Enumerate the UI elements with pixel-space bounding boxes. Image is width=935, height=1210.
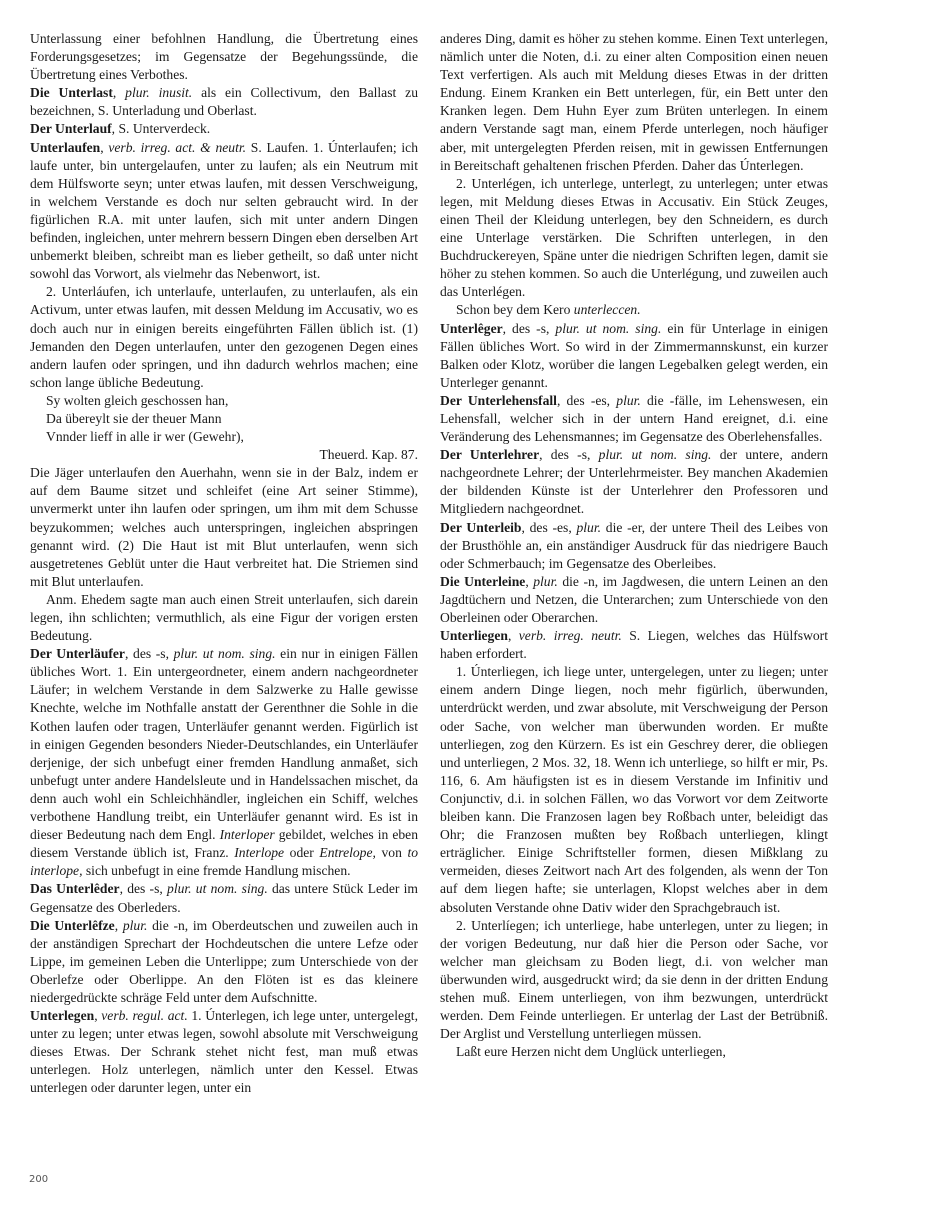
foreign-term: Interloper [220, 827, 275, 842]
definition: S. Laufen. 1. Únterlaufen; ich laufe unt… [30, 140, 418, 282]
verse-line: Sy wolten gleich geschossen han, [30, 392, 418, 410]
grammar-note: plur. ut nom. sing. [174, 646, 276, 661]
entry-unterlaufen: Unterlaufen, verb. irreg. act. & neutr. … [30, 139, 418, 284]
foreign-term: Entrelope, [319, 845, 376, 860]
foreign-term: Interlope [234, 845, 284, 860]
definition: sich unbefugt in eine fremde Handlung mi… [82, 863, 350, 878]
grammar-note: plur. ut nom. sing. [555, 321, 661, 336]
definition: ein nur in einigen Fällen übliches Wort.… [30, 646, 418, 842]
entry-unterlegen: Unterlegen, verb. regul. act. 1. Únterle… [30, 1007, 418, 1097]
foreign-term: unterleccen. [574, 302, 641, 317]
verse-line: Laßt eure Herzen nicht dem Unglück unter… [440, 1043, 828, 1061]
entry-unterlefze: Die Unterlêfze, plur. die -n, im Oberdeu… [30, 917, 418, 1007]
page-number: 200 [29, 1174, 48, 1185]
grammar-note: plur. [576, 520, 601, 535]
grammar-note: verb. irreg. act. & neutr. [108, 140, 246, 155]
entry-unterlehrer: Der Unterlehrer, des -s, plur. ut nom. s… [440, 446, 828, 518]
grammar-note: verb. regul. act. [101, 1008, 187, 1023]
verse-citation: Theuerd. Kap. 87. [30, 446, 418, 464]
entry-unterleine: Die Unterleine, plur. die -n, im Jagdwes… [440, 573, 828, 627]
definition: oder [284, 845, 319, 860]
headword: Das Unterlêder [30, 881, 120, 896]
left-column: Unterlassung einer befohlnen Handlung, d… [30, 30, 418, 1098]
grammar-note: plur. inusit. [125, 85, 192, 100]
entry-unterlast: Die Unterlast, plur. inusit. als ein Col… [30, 84, 418, 120]
grammar-note: plur. ut nom. sing. [167, 881, 268, 896]
inflection: , [508, 628, 519, 643]
entry-unterlaeufer: Der Unterläufer, des -s, plur. ut nom. s… [30, 645, 418, 880]
sense-paragraph: 2. Unterláufen, ich unterlaufe, unterlau… [30, 283, 418, 392]
sense-paragraph: 2. Unterlégen, ich unterlege, unterlegt,… [440, 175, 828, 302]
inflection: , des -s, [539, 447, 599, 462]
definition: , S. Unterverdeck. [112, 121, 211, 136]
entry-unterleib: Der Unterleib, des -es, plur. die -er, d… [440, 519, 828, 573]
headword: Der Unterläufer [30, 646, 125, 661]
headword: Unterlaufen [30, 140, 100, 155]
inflection: , des -s, [125, 646, 174, 661]
verse-line: Da übereylt sie der theuer Mann [30, 410, 418, 428]
headword: Der Unterlehensfall [440, 393, 557, 408]
headword: Der Unterlauf [30, 121, 112, 136]
entry-unterleder: Das Unterlêder, des -s, plur. ut nom. si… [30, 880, 418, 916]
headword: Unterliegen [440, 628, 508, 643]
entry-unterliegen: Unterliegen, verb. irreg. neutr. S. Lieg… [440, 627, 828, 663]
grammar-note: verb. irreg. neutr. [519, 628, 622, 643]
sense-paragraph: Die Jäger unterlaufen den Auerhahn, wenn… [30, 464, 418, 591]
dictionary-page: Unterlassung einer befohlnen Handlung, d… [30, 30, 828, 1098]
inflection: , des -es, [557, 393, 616, 408]
entry-unterleger: Unterlêger, des -s, plur. ut nom. sing. … [440, 320, 828, 392]
definition: von [376, 845, 408, 860]
sense-paragraph: Schon bey dem Kero unterleccen. [440, 301, 828, 319]
grammar-note: plur. [123, 918, 148, 933]
grammar-note: plur. ut nom. sing. [599, 447, 712, 462]
sense-paragraph: 2. Unterlíegen; ich unterliege, habe unt… [440, 917, 828, 1044]
inflection: , des -s, [120, 881, 167, 896]
headword: Der Unterleib [440, 520, 522, 535]
annotation-paragraph: Anm. Ehedem sagte man auch einen Streit … [30, 591, 418, 645]
headword: Die Unterlast [30, 85, 113, 100]
headword: Die Unterlêfze [30, 918, 115, 933]
sense-paragraph: 1. Únterliegen, ich liege unter, unterge… [440, 663, 828, 916]
grammar-note: plur. [616, 393, 641, 408]
inflection: , [115, 918, 123, 933]
verse-line: Vnnder lieff in alle ir wer (Gewehr), [30, 428, 418, 446]
headword: Unterlêger [440, 321, 503, 336]
right-column: anderes Ding, damit es höher zu stehen k… [440, 30, 828, 1098]
headword: Die Unterleine [440, 574, 525, 589]
inflection: , des -es, [522, 520, 577, 535]
definition: Schon bey dem Kero [456, 302, 574, 317]
entry-unterlauf: Der Unterlauf, S. Unterverdeck. [30, 120, 418, 138]
continuation-paragraph: Unterlassung einer befohlnen Handlung, d… [30, 30, 418, 84]
inflection: , des -s, [503, 321, 556, 336]
headword: Unterlegen [30, 1008, 94, 1023]
grammar-note: plur. [533, 574, 558, 589]
continuation-paragraph: anderes Ding, damit es höher zu stehen k… [440, 30, 828, 175]
headword: Der Unterlehrer [440, 447, 539, 462]
entry-unterlehensfall: Der Unterlehensfall, des -es, plur. die … [440, 392, 828, 446]
